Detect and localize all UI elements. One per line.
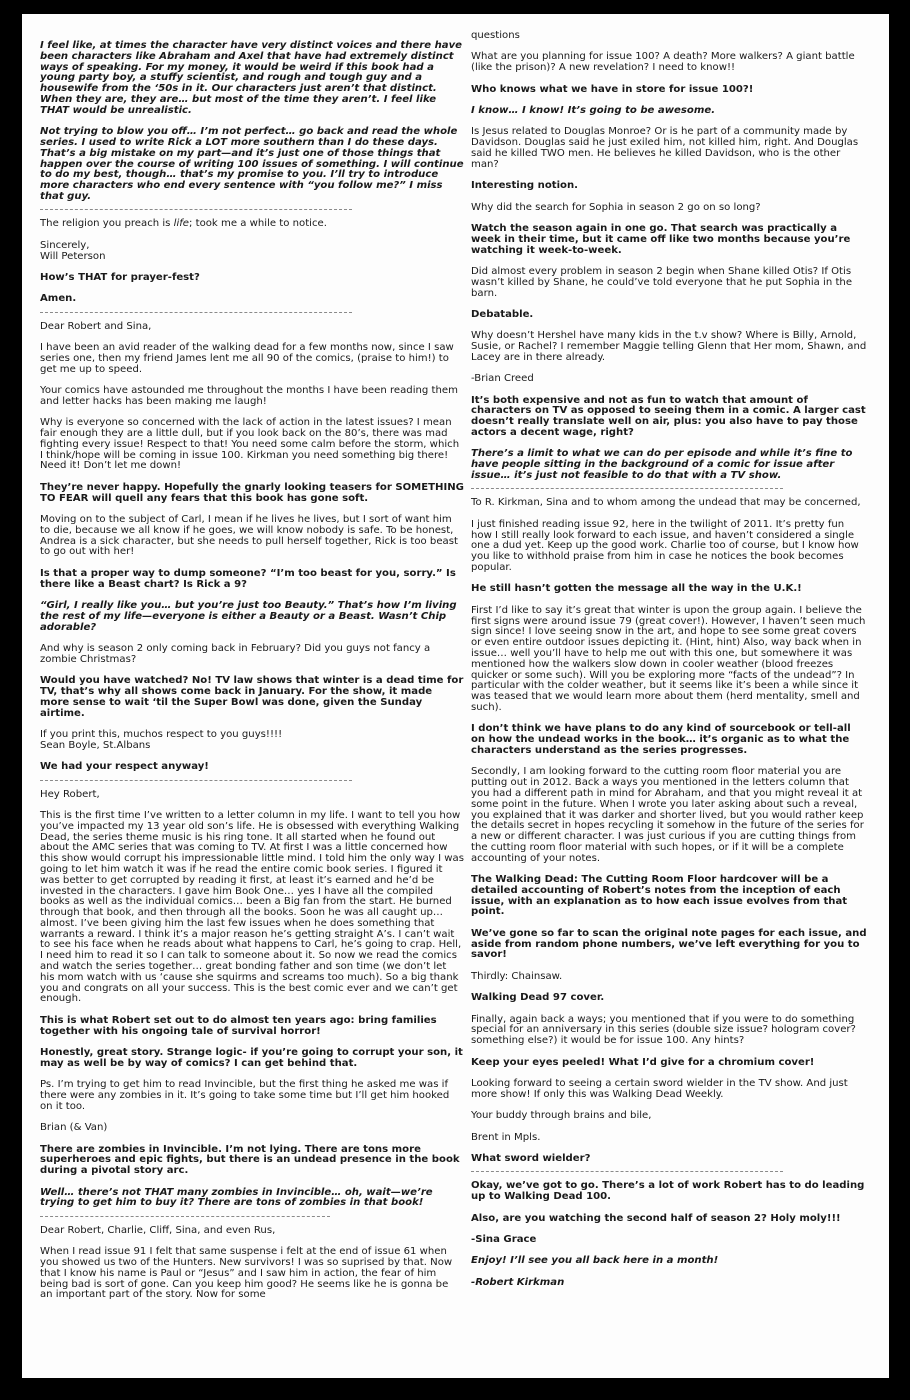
reply-paragraph: Interesting notion. xyxy=(471,181,867,192)
reply-paragraph: “Girl, I really like you… but you’re jus… xyxy=(40,601,464,633)
reply-paragraph: It’s both expensive and not as fun to wa… xyxy=(471,396,867,439)
reply-paragraph: Debatable. xyxy=(471,310,867,321)
reply-paragraph: Not trying to blow you off… I’m not perf… xyxy=(40,127,464,203)
section-divider xyxy=(471,1171,783,1172)
letter-paragraph: Your comics have astounded me throughout… xyxy=(40,386,464,408)
letter-paragraph: questions xyxy=(471,31,867,42)
letter-paragraph: Why doesn’t Hershel have many kids in th… xyxy=(471,331,867,363)
letter-paragraph: The religion you preach is life; took me… xyxy=(40,219,464,230)
letter-paragraph: Looking forward to seeing a certain swor… xyxy=(471,1079,867,1101)
right-column: questions What are you planning for issu… xyxy=(471,31,867,1299)
reply-paragraph: Also, are you watching the second half o… xyxy=(471,1214,867,1225)
reply-paragraph: Honestly, great story. Strange logic- if… xyxy=(40,1048,464,1070)
reply-paragraph: The Walking Dead: The Cutting Room Floor… xyxy=(471,875,867,918)
text-span: The religion you preach is xyxy=(40,218,174,229)
letter-salutation: Dear Robert, Charlie, Cliff, Sina, and e… xyxy=(40,1226,464,1237)
reply-paragraph: How’s THAT for prayer-fest? xyxy=(40,273,464,284)
letter-paragraph: Why is everyone so concerned with the la… xyxy=(40,418,464,472)
letter-paragraph: Is Jesus related to Douglas Monroe? Or i… xyxy=(471,127,867,170)
letter-paragraph: Finally, again back a ways; you mentione… xyxy=(471,1015,867,1047)
reply-paragraph: Okay, we’ve got to go. There’s a lot of … xyxy=(471,1181,867,1203)
reply-paragraph: Who knows what we have in store for issu… xyxy=(471,85,867,96)
reply-paragraph: This is what Robert set out to do almost… xyxy=(40,1016,464,1038)
letter-paragraph: And why is season 2 only coming back in … xyxy=(40,644,464,666)
letter-signature: Brian (& Van) xyxy=(40,1123,464,1134)
letter-column-page: I feel like, at times the character have… xyxy=(22,14,889,1378)
reply-paragraph: Would you have watched? No! TV law shows… xyxy=(40,676,464,719)
letter-salutation: Hey Robert, xyxy=(40,790,464,801)
section-divider xyxy=(40,780,352,781)
reply-paragraph: Amen. xyxy=(40,294,464,305)
letter-paragraph: I just finished reading issue 92, here i… xyxy=(471,520,867,574)
letter-signature: Brent in Mpls. xyxy=(471,1133,867,1144)
letter-paragraph: Ps. I’m trying to get him to read Invinc… xyxy=(40,1080,464,1112)
letter-paragraph: Moving on to the subject of Carl, I mean… xyxy=(40,515,464,558)
reply-paragraph: I know… I know! It’s going to be awesome… xyxy=(471,106,867,117)
letter-paragraph: When I read issue 91 I felt that same su… xyxy=(40,1247,464,1301)
letter-paragraph: I have been an avid reader of the walkin… xyxy=(40,343,464,375)
reply-paragraph: Watch the season again in one go. That s… xyxy=(471,224,867,256)
section-divider xyxy=(471,488,783,489)
letter-paragraph: This is the first time I’ve written to a… xyxy=(40,811,464,1005)
letter-paragraph: Did almost every problem in season 2 beg… xyxy=(471,267,867,299)
reply-paragraph: I don’t think we have plans to do any ki… xyxy=(471,724,867,756)
letter-signature: Sean Boyle, St.Albans xyxy=(40,741,464,752)
reply-paragraph: There are zombies in Invincible. I’m not… xyxy=(40,1145,464,1177)
reply-paragraph: Is that a proper way to dump someone? “I… xyxy=(40,569,464,591)
letter-paragraph: Why did the search for Sophia in season … xyxy=(471,203,867,214)
reply-paragraph: Keep your eyes peeled! What I’d give for… xyxy=(471,1058,867,1069)
letter-salutation: To R. Kirkman, Sina and to whom among th… xyxy=(471,498,867,509)
reply-paragraph: Well… there’s not THAT many zombies in I… xyxy=(40,1188,464,1210)
reply-paragraph: Enjoy! I’ll see you all back here in a m… xyxy=(471,1256,867,1267)
section-divider xyxy=(40,209,352,210)
emphasis-text: life xyxy=(174,218,189,229)
letter-paragraph: Secondly, I am looking forward to the cu… xyxy=(471,767,867,864)
left-column: I feel like, at times the character have… xyxy=(40,41,464,1312)
section-divider xyxy=(40,312,352,313)
reply-paragraph: What sword wielder? xyxy=(471,1154,867,1165)
letter-signature: Will Peterson xyxy=(40,252,464,263)
letter-paragraph: Thirdly: Chainsaw. xyxy=(471,972,867,983)
reply-paragraph: They’re never happy. Hopefully the gnarl… xyxy=(40,483,464,505)
letter-salutation: Dear Robert and Sina, xyxy=(40,322,464,333)
text-span: ; took me a while to notice. xyxy=(189,218,327,229)
reply-paragraph: There’s a limit to what we can do per ep… xyxy=(471,449,867,481)
letter-closing: Your buddy through brains and bile, xyxy=(471,1111,867,1122)
letter-signature: -Brian Creed xyxy=(471,374,867,385)
editor-signature: -Robert Kirkman xyxy=(471,1278,867,1289)
section-divider xyxy=(40,1216,330,1217)
reply-paragraph: He still hasn’t gotten the message all t… xyxy=(471,584,867,595)
reply-paragraph: Walking Dead 97 cover. xyxy=(471,993,867,1004)
reply-paragraph: I feel like, at times the character have… xyxy=(40,41,464,117)
editor-signature: -Sina Grace xyxy=(471,1235,867,1246)
reply-paragraph: We had your respect anyway! xyxy=(40,762,464,773)
reply-paragraph: We’ve gone so far to scan the original n… xyxy=(471,929,867,961)
letter-paragraph: First I’d like to say it’s great that wi… xyxy=(471,606,867,714)
letter-closing: Sincerely, xyxy=(40,241,464,252)
letter-paragraph: What are you planning for issue 100? A d… xyxy=(471,52,867,74)
